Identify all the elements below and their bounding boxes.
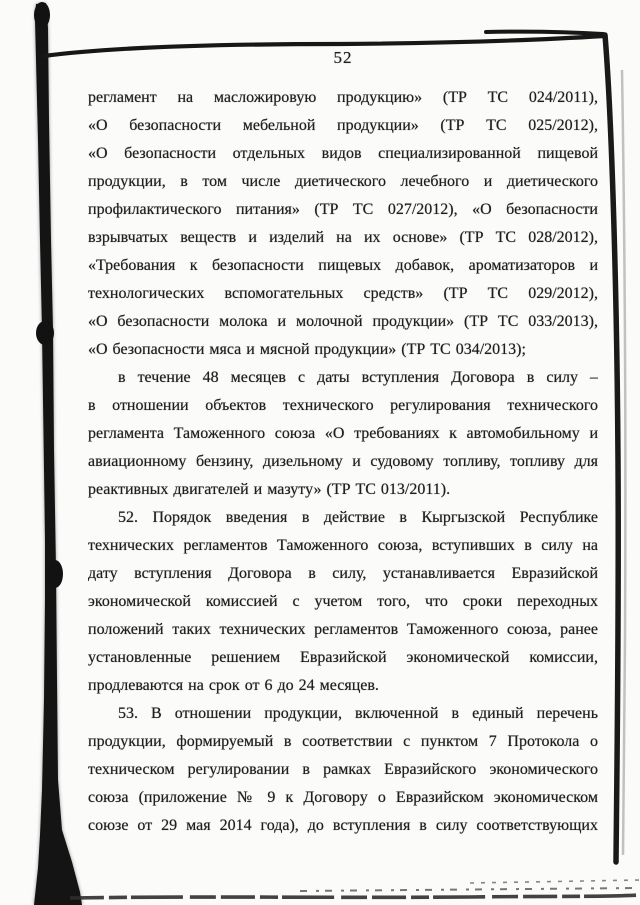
left-edge-top-blob xyxy=(34,2,50,28)
text-line: продлеваются на срок от 6 до 24 месяцев. xyxy=(88,672,598,700)
scanned-page: 52 регламент на масложировую продукцию» … xyxy=(0,0,640,905)
text-line: 53. В отношении продукции, включенной в … xyxy=(88,700,598,728)
left-binding-edge-fuzz xyxy=(34,3,82,905)
text-line: продукции, формируемый в соответствии с … xyxy=(88,728,598,756)
text-line: «О безопасности мебельной продукции» (ТР… xyxy=(88,112,598,140)
page-number: 52 xyxy=(88,48,598,68)
text-line: регламент на масложировую продукцию» (ТР… xyxy=(88,84,598,112)
text-line: техническом регулировании в рамках Евраз… xyxy=(88,756,598,784)
top-border-line-right-segment xyxy=(486,32,603,34)
text-line: дату вступления Договора в силу, устанав… xyxy=(88,560,598,588)
text-line: «Требования к безопасности пищевых добав… xyxy=(88,252,598,280)
left-bump-lower xyxy=(47,560,63,588)
text-line: 52. Порядок введения в действие в Кыргыз… xyxy=(88,504,598,532)
text-line: союзе от 29 мая 2014 года), до вступлени… xyxy=(88,812,598,840)
bottom-dot-marks xyxy=(470,880,640,883)
text-line: технологических вспомогательных средств»… xyxy=(88,280,598,308)
text-line: регламента Таможенного союза «О требован… xyxy=(88,420,598,448)
text-line: союза (приложение № 9 к Договору о Евраз… xyxy=(88,784,598,812)
text-line: положений таких технических регламентов … xyxy=(88,616,598,644)
text-line: «О безопасности молока и молочной продук… xyxy=(88,308,598,336)
text-line: взрывчатых веществ и изделий на их основ… xyxy=(88,224,598,252)
text-line: технических регламентов Таможенного союз… xyxy=(88,532,598,560)
bottom-smudge-line xyxy=(70,895,639,898)
text-line: в течение 48 месяцев с даты вступления Д… xyxy=(88,364,598,392)
text-line: профилактического питания» (ТР ТС 027/20… xyxy=(88,196,598,224)
text-line: авиационному бензину, дизельному и судов… xyxy=(88,448,598,476)
text-line: в отношении объектов технического регули… xyxy=(88,392,598,420)
left-binding-edge-mark xyxy=(34,3,82,905)
text-line: продукции, в том числе диетического лече… xyxy=(88,168,598,196)
left-bump-upper xyxy=(36,321,54,345)
text-line: «О безопасности мяса и мясной продукции»… xyxy=(88,336,598,364)
text-line: «О безопасности отдельных видов специали… xyxy=(88,140,598,168)
right-border-line xyxy=(605,35,618,862)
bottom-dash-marks xyxy=(300,888,639,891)
text-line: экономической комиссией с учетом того, ч… xyxy=(88,588,598,616)
document-text: регламент на масложировую продукцию» (ТР… xyxy=(88,84,598,840)
right-border-gray-fringe xyxy=(622,70,625,855)
text-line: установленные решением Евразийской эконо… xyxy=(88,644,598,672)
text-line: реактивных двигателей и мазуту» (ТР ТС 0… xyxy=(88,476,598,504)
